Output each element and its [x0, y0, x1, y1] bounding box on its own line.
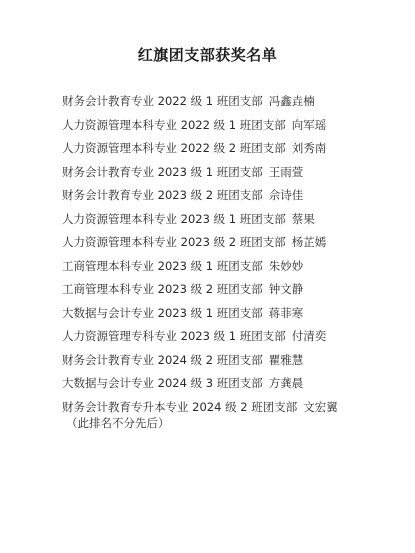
branch-name: 人力资源管理本科专业 2023 级 2 班团支部 — [62, 235, 286, 249]
person-name: 蒋菲寒 — [269, 306, 304, 320]
list-item: 大数据与会计专业 2024 级 3 班团支部方龚晨 — [62, 372, 338, 396]
branch-name: 财务会计教育专业 2024 级 2 班团支部 — [62, 353, 263, 367]
list-item: 财务会计教育专业 2022 级 1 班团支部冯鑫垚楠 — [62, 90, 338, 114]
branch-name: 人力资源管理本科专业 2022 级 2 班团支部 — [62, 141, 286, 155]
branch-name: 人力资源管理本科专业 2022 级 1 班团支部 — [62, 118, 286, 132]
branch-name: 工商管理本科专业 2023 级 1 班团支部 — [62, 259, 263, 273]
person-name: 付清奕 — [292, 329, 327, 343]
branch-name: 人力资源管理本科专业 2023 级 1 班团支部 — [62, 212, 286, 226]
list-item: 人力资源管理本科专业 2023 级 2 班团支部杨芷嫣 — [62, 231, 338, 255]
person-name: 佘诗佳 — [269, 188, 304, 202]
list-item: 财务会计教育专业 2023 级 1 班团支部王雨萱 — [62, 161, 338, 185]
person-name: 冯鑫垚楠 — [269, 94, 315, 108]
person-name: 瞿雅慧 — [269, 353, 304, 367]
branch-name: 财务会计教育专业 2023 级 1 班团支部 — [62, 165, 263, 179]
branch-name: 大数据与会计专业 2023 级 1 班团支部 — [62, 306, 263, 320]
list-item: 人力资源管理专科专业 2023 级 1 班团支部付清奕 — [62, 325, 338, 349]
list-item: 工商管理本科专业 2023 级 2 班团支部钟文静 — [62, 278, 338, 302]
person-name: 蔡果 — [292, 212, 315, 226]
branch-name: 财务会计教育专升本专业 2024 级 2 班团支部 — [62, 400, 297, 414]
branch-name: 财务会计教育专业 2023 级 2 班团支部 — [62, 188, 263, 202]
person-name: 杨芷嫣 — [292, 235, 327, 249]
person-name: 方龚晨 — [269, 376, 304, 390]
branch-name: 工商管理本科专业 2023 级 2 班团支部 — [62, 282, 263, 296]
footnote: （此排名不分先后） — [66, 415, 170, 431]
person-name: 向军瑶 — [292, 118, 327, 132]
branch-name: 大数据与会计专业 2024 级 3 班团支部 — [62, 376, 263, 390]
list-item: 财务会计教育专业 2024 级 2 班团支部瞿雅慧 — [62, 349, 338, 373]
award-list: 财务会计教育专业 2022 级 1 班团支部冯鑫垚楠 人力资源管理本科专业 20… — [62, 90, 338, 419]
person-name: 钟文静 — [269, 282, 304, 296]
person-name: 文宏翼 — [303, 400, 338, 414]
list-item: 大数据与会计专业 2023 级 1 班团支部蒋菲寒 — [62, 302, 338, 326]
list-item: 人力资源管理本科专业 2022 级 2 班团支部刘秀南 — [62, 137, 338, 161]
person-name: 朱妙妙 — [269, 259, 304, 273]
person-name: 刘秀南 — [292, 141, 327, 155]
branch-name: 人力资源管理专科专业 2023 级 1 班团支部 — [62, 329, 286, 343]
list-item: 人力资源管理本科专业 2022 级 1 班团支部向军瑶 — [62, 114, 338, 138]
branch-name: 财务会计教育专业 2022 级 1 班团支部 — [62, 94, 263, 108]
person-name: 王雨萱 — [269, 165, 304, 179]
page-title: 红旗团支部获奖名单 — [0, 44, 415, 65]
list-item: 人力资源管理本科专业 2023 级 1 班团支部蔡果 — [62, 208, 338, 232]
list-item: 财务会计教育专业 2023 级 2 班团支部佘诗佳 — [62, 184, 338, 208]
list-item: 工商管理本科专业 2023 级 1 班团支部朱妙妙 — [62, 255, 338, 279]
